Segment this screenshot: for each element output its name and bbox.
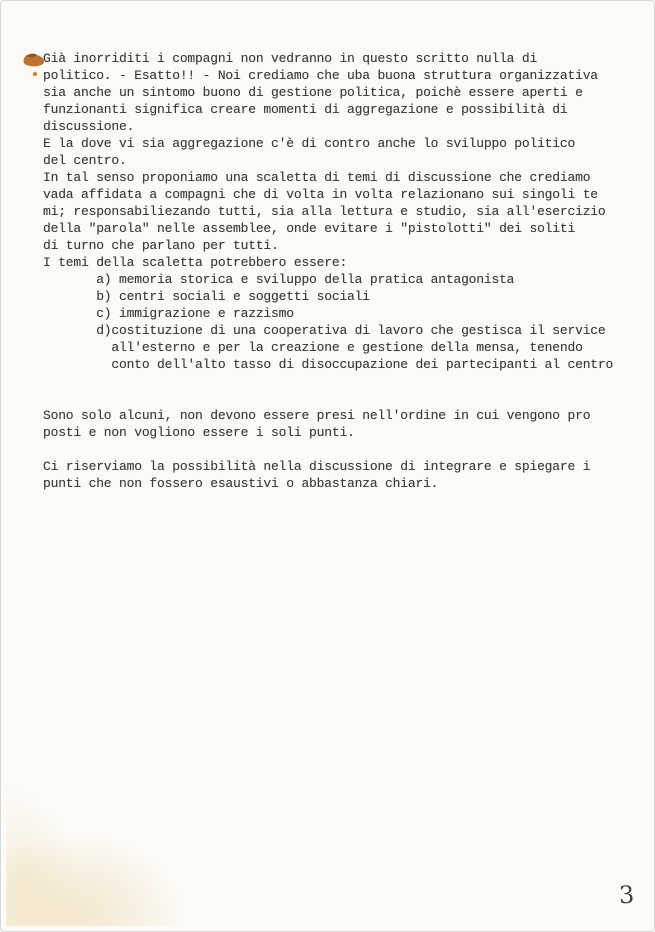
typewritten-text: Già inorriditi i compagni non vedranno i… xyxy=(43,50,613,492)
scanned-page: Già inorriditi i compagni non vedranno i… xyxy=(0,0,655,932)
page-number: 3 xyxy=(618,881,635,910)
paper-discoloration xyxy=(6,776,236,926)
